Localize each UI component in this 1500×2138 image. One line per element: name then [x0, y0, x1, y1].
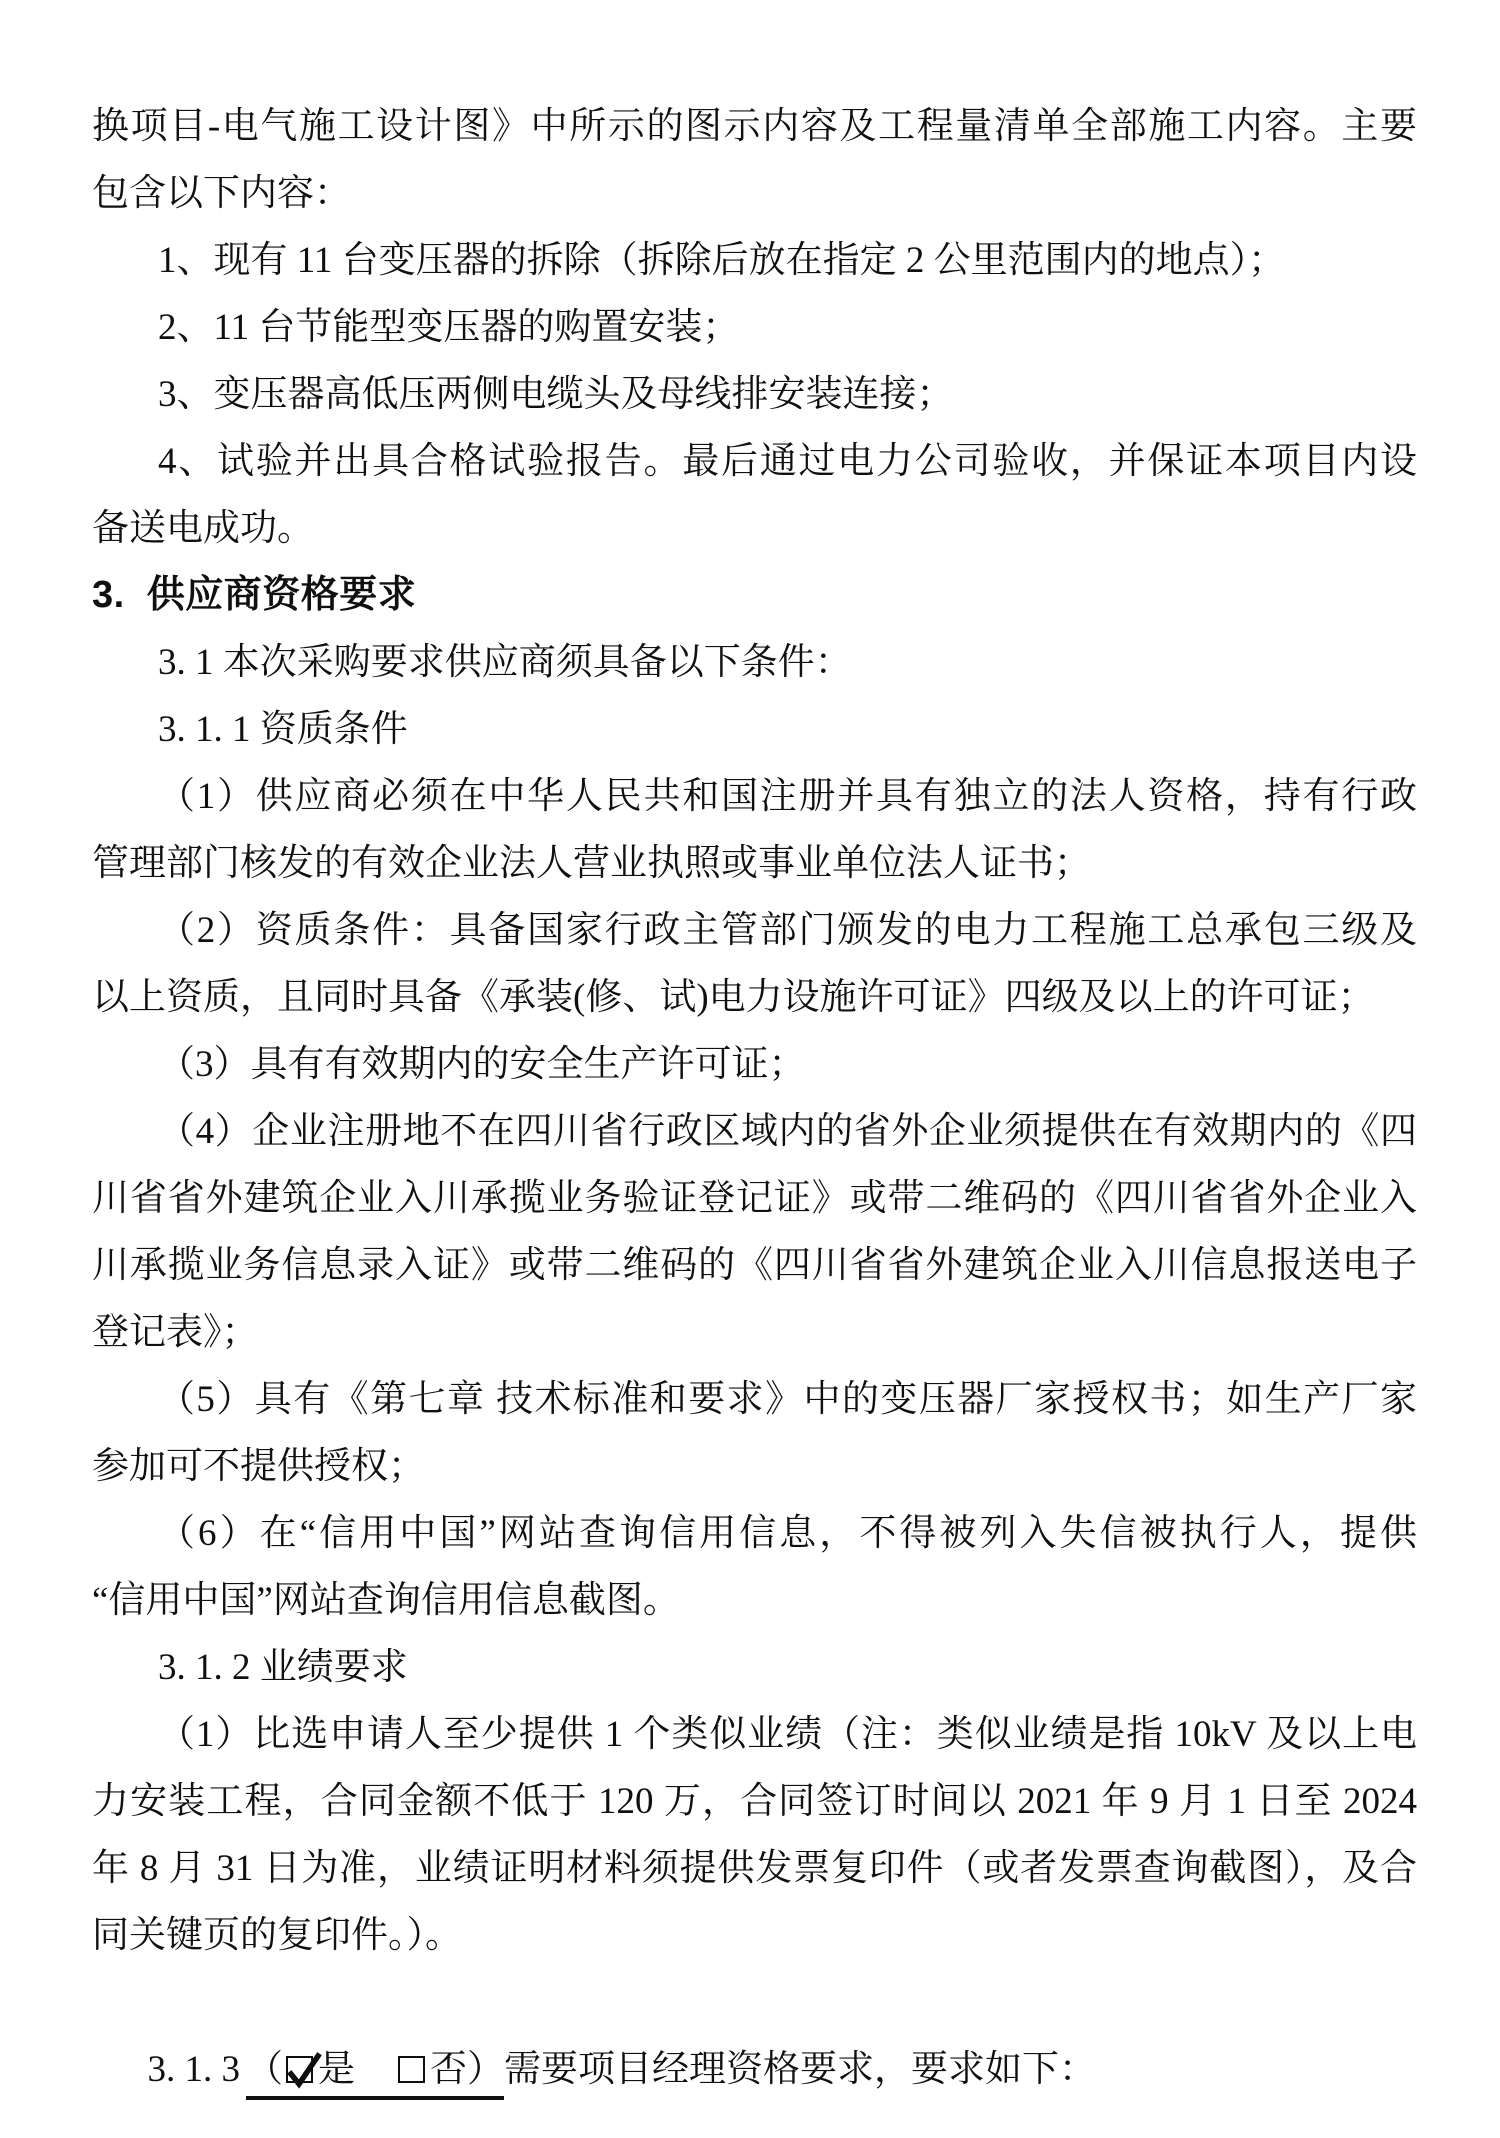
document-page: 换项目-电气施工设计图》中所示的图示内容及工程量清单全部施工内容。主要包含以下内… — [0, 0, 1500, 2138]
text-line: 同关键页的复印件。）。 — [92, 1902, 1417, 1969]
requirement-3-1-3-line: 3. 1. 3（是否）需要项目经理资格要求，要求如下： — [92, 1969, 1417, 2036]
unchecked-checkbox-icon — [398, 2056, 425, 2083]
text-line: 管理部门核发的有效企业法人营业执照或事业单位法人证书； — [92, 830, 1417, 897]
document-content: 换项目-电气施工设计图》中所示的图示内容及工程量清单全部施工内容。主要包含以下内… — [92, 93, 1417, 2036]
text-line: 3. 1. 2 业绩要求 — [92, 1634, 1417, 1701]
text-line: 登记表》； — [92, 1299, 1417, 1366]
no-label: 否 — [430, 2049, 467, 2090]
yes-no-selection: （是否） — [246, 2049, 504, 2100]
yes-label: 是 — [318, 2049, 355, 2090]
text-line: 换项目-电气施工设计图》中所示的图示内容及工程量清单全部施工内容。主要 — [92, 93, 1417, 160]
text-line: 包含以下内容： — [92, 160, 1417, 227]
text-line: （1）供应商必须在中华人民共和国注册并具有独立的法人资格，持有行政 — [92, 763, 1417, 830]
text-line: 川承揽业务信息录入证》或带二维码的《四川省省外建筑企业入川信息报送电子 — [92, 1232, 1417, 1299]
text-line: （4）企业注册地不在四川省行政区域内的省外企业须提供在有效期内的《四 — [92, 1098, 1417, 1165]
text-line: 川省省外建筑企业入川承揽业务验证登记证》或带二维码的《四川省省外企业入 — [92, 1165, 1417, 1232]
clause-text: 需要项目经理资格要求，要求如下： — [504, 2049, 1096, 2090]
text-line: 4、试验并出具合格试验报告。最后通过电力公司验收，并保证本项目内设 — [92, 428, 1417, 495]
text-line: （2）资质条件：具备国家行政主管部门颁发的电力工程施工总承包三级及 — [92, 897, 1417, 964]
text-line: “信用中国”网站查询信用信息截图。 — [92, 1567, 1417, 1634]
text-line: （5）具有《第七章 技术标准和要求》中的变压器厂家授权书；如生产厂家 — [92, 1366, 1417, 1433]
text-line: （1）比选申请人至少提供 1 个类似业绩（注：类似业绩是指 10kV 及以上电 — [92, 1701, 1417, 1768]
checked-checkbox-icon — [286, 2056, 313, 2083]
text-line: 3. 1 本次采购要求供应商须具备以下条件： — [92, 629, 1417, 696]
text-line: （3）具有有效期内的安全生产许可证； — [92, 1031, 1417, 1098]
text-line: 力安装工程，合同金额不低于 120 万，合同签订时间以 2021 年 9 月 1… — [92, 1768, 1417, 1835]
text-line: 参加可不提供授权； — [92, 1433, 1417, 1500]
text-line: （6）在“信用中国”网站查询信用信息，不得被列入失信被执行人，提供 — [92, 1500, 1417, 1567]
text-line: 年 8 月 31 日为准，业绩证明材料须提供发票复印件（或者发票查询截图），及合 — [92, 1835, 1417, 1902]
text-line: 1、现有 11 台变压器的拆除（拆除后放在指定 2 公里范围内的地点）； — [92, 227, 1417, 294]
clause-number: 3. 1. 3 — [148, 2049, 241, 2090]
text-line: 备送电成功。 — [92, 495, 1417, 562]
open-paren: （ — [246, 2049, 283, 2090]
text-line: 3. 供应商资格要求 — [92, 562, 1417, 629]
text-line: 3. 1. 1 资质条件 — [92, 696, 1417, 763]
text-line: 以上资质，且同时具备《承装(修、试)电力设施许可证》四级及以上的许可证； — [92, 964, 1417, 1031]
text-line: 2、11 台节能型变压器的购置安装； — [92, 294, 1417, 361]
close-paren: ） — [467, 2049, 504, 2090]
text-line: 3、变压器高低压两侧电缆头及母线排安装连接； — [92, 361, 1417, 428]
